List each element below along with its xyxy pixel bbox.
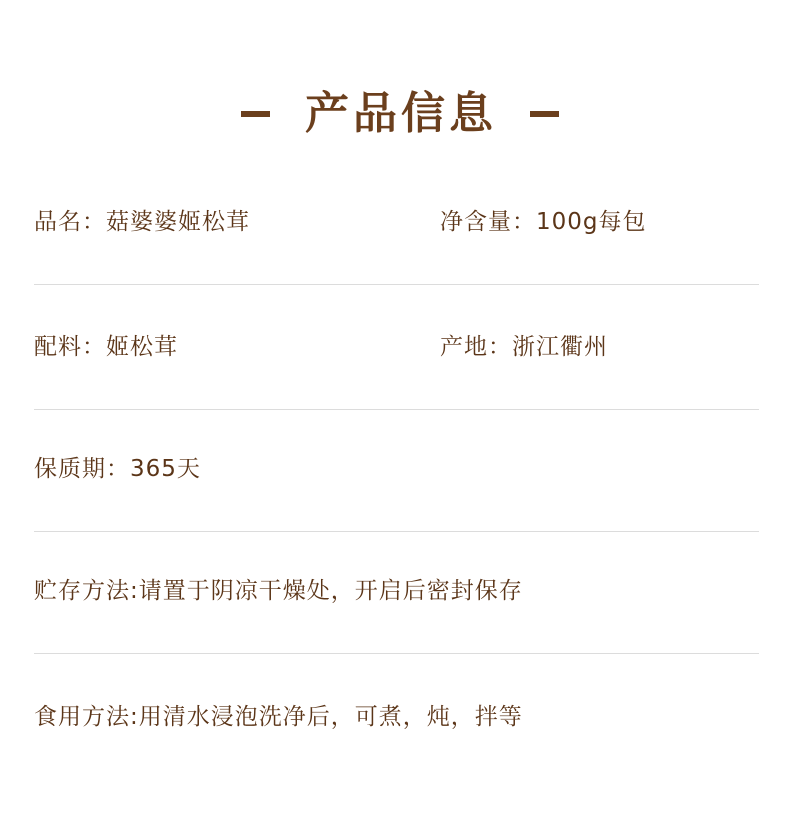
section-header: 产品信息 xyxy=(0,82,800,146)
info-value: 浙江衢州 xyxy=(512,334,608,360)
info-storage: 贮存方法:请置于阴凉干燥处，开启后密封保存 xyxy=(34,576,760,606)
info-ingredients: 配料：姬松茸 xyxy=(34,332,440,362)
section-title: 产品信息 xyxy=(305,82,497,146)
info-row-ingredients-origin: 配料：姬松茸 产地：浙江衢州 xyxy=(34,332,760,362)
title-dash-right xyxy=(530,111,559,117)
info-net-weight: 净含量：100g每包 xyxy=(440,207,647,237)
info-origin: 产地：浙江衢州 xyxy=(440,332,608,362)
info-label: 贮存方法: xyxy=(34,578,139,604)
info-label: 产地： xyxy=(440,334,512,360)
row-divider xyxy=(34,531,759,532)
info-label: 保质期： xyxy=(34,456,130,482)
info-value: 365天 xyxy=(130,456,201,482)
info-label: 食用方法: xyxy=(34,704,139,730)
row-divider xyxy=(34,653,759,654)
info-row-shelf-life: 保质期：365天 xyxy=(34,454,760,484)
info-usage: 食用方法:用清水浸泡洗净后，可煮，炖，拌等 xyxy=(34,702,760,732)
info-row-storage: 贮存方法:请置于阴凉干燥处，开启后密封保存 xyxy=(34,576,760,606)
info-value: 100g每包 xyxy=(536,209,647,235)
info-value: 用清水浸泡洗净后，可煮，炖，拌等 xyxy=(139,704,523,730)
info-value: 菇婆婆姬松茸 xyxy=(106,209,250,235)
info-row-usage: 食用方法:用清水浸泡洗净后，可煮，炖，拌等 xyxy=(34,702,760,732)
info-label: 品名： xyxy=(34,209,106,235)
info-label: 配料： xyxy=(34,334,106,360)
title-dash-left xyxy=(241,111,270,117)
info-label: 净含量： xyxy=(440,209,536,235)
info-value: 请置于阴凉干燥处，开启后密封保存 xyxy=(139,578,523,604)
row-divider xyxy=(34,284,759,285)
row-divider xyxy=(34,409,759,410)
info-value: 姬松茸 xyxy=(106,334,178,360)
info-shelf-life: 保质期：365天 xyxy=(34,454,440,484)
info-row-name-weight: 品名：菇婆婆姬松茸 净含量：100g每包 xyxy=(34,207,760,237)
info-product-name: 品名：菇婆婆姬松茸 xyxy=(34,207,440,237)
